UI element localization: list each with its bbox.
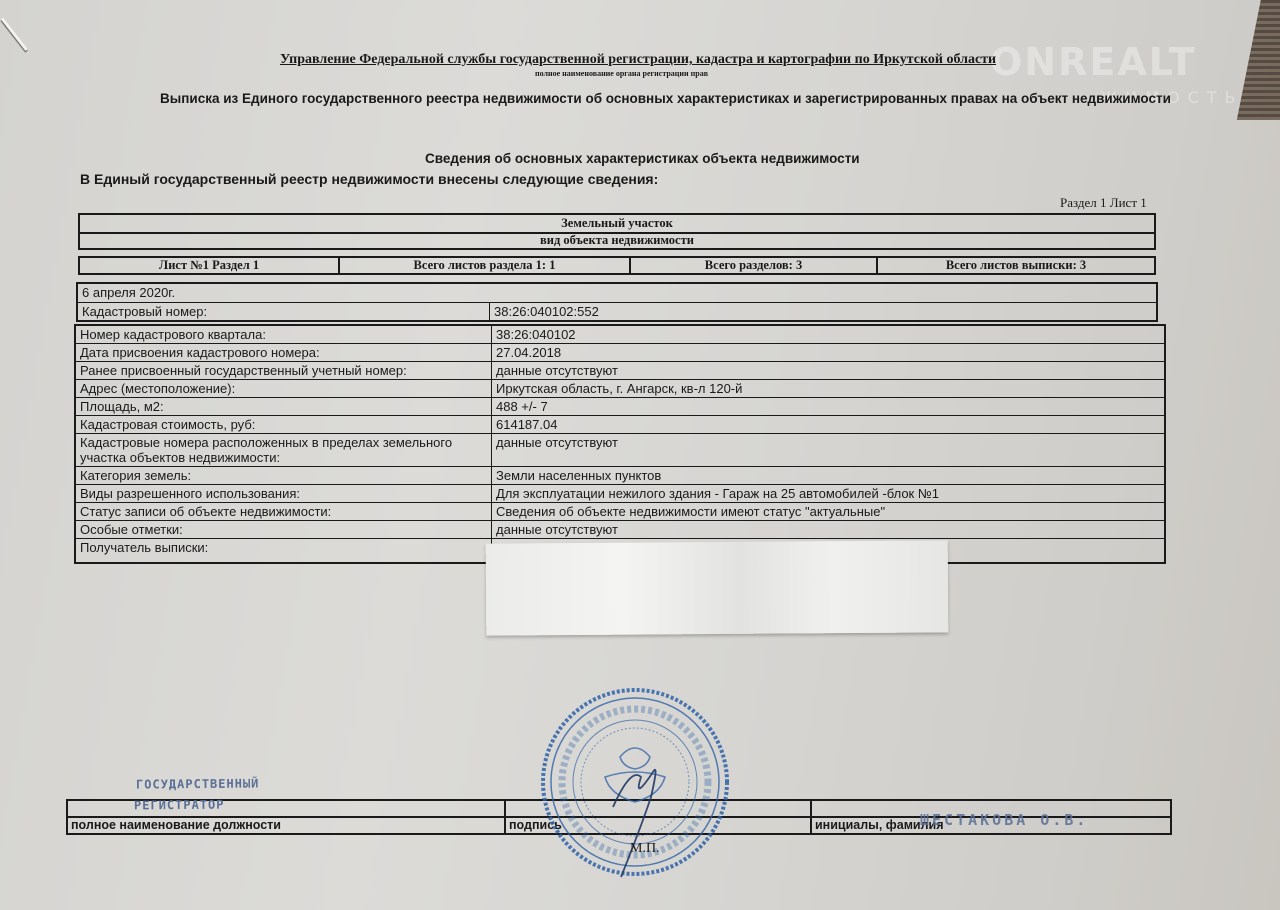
document-title: Выписка из Единого государственного реес…	[160, 91, 1171, 106]
table-row: Особые отметки:данные отсутствуют	[76, 521, 1164, 539]
cadastral-number-label: Кадастровый номер:	[78, 303, 490, 320]
field-value: Иркутская область, г. Ангарск, кв-л 120-…	[492, 380, 1164, 397]
field-value: 38:26:040102	[492, 326, 1164, 343]
stamp-registrar-name: ШЕСТАКОВА О.В.	[920, 811, 1088, 829]
stamp-role-line2: РЕГИСТРАТОР	[134, 798, 225, 813]
table-row: Кадастровые номера расположенных в преде…	[76, 434, 1164, 467]
table-row: Виды разрешенного использования:Для эксп…	[76, 485, 1164, 503]
field-label: Статус записи об объекте недвижимости:	[76, 503, 492, 520]
object-type-value: Земельный участок	[80, 215, 1154, 232]
sheets-in-section: Всего листов раздела 1: 1	[338, 258, 629, 273]
field-value: данные отсутствуют	[492, 434, 1164, 466]
sheet-number: Лист №1 Раздел 1	[80, 258, 338, 273]
watermark-brand: ONREALT	[990, 40, 1197, 84]
field-value: данные отсутствуют	[492, 362, 1164, 379]
table-row: Кадастровая стоимость, руб:614187.04	[76, 416, 1164, 434]
field-label: Площадь, м2:	[76, 398, 492, 415]
meta-box: 6 апреля 2020г. Кадастровый номер: 38:26…	[76, 282, 1158, 322]
object-type-box: Земельный участок вид объекта недвижимос…	[78, 213, 1156, 250]
authority-caption: полное наименование органа регистрации п…	[280, 69, 963, 78]
extract-date: 6 апреля 2020г.	[78, 284, 1156, 303]
intro-text: В Единый государственный реестр недвижим…	[80, 171, 658, 187]
field-label: Номер кадастрового квартала:	[76, 326, 492, 343]
field-value: Сведения об объекте недвижимости имеют с…	[492, 503, 1164, 520]
field-label: Категория земель:	[76, 467, 492, 484]
sheet-info-bar: Лист №1 Раздел 1 Всего листов раздела 1:…	[78, 256, 1156, 275]
field-value: 488 +/- 7	[492, 398, 1164, 415]
characteristics-table: Номер кадастрового квартала:38:26:040102…	[74, 324, 1166, 564]
field-label: Получатель выписки:	[76, 539, 492, 556]
table-row: Площадь, м2:488 +/- 7	[76, 398, 1164, 416]
field-label: Виды разрешенного использования:	[76, 485, 492, 502]
field-value: Для эксплуатации нежилого здания - Гараж…	[492, 485, 1164, 502]
total-sections: Всего разделов: 3	[629, 258, 876, 273]
field-value: 614187.04	[492, 416, 1164, 433]
redaction-sticker	[486, 540, 949, 635]
seal-placeholder-label: М.П.	[630, 841, 660, 857]
field-value: данные отсутствуют	[492, 521, 1164, 538]
cadastral-number-row: Кадастровый номер: 38:26:040102:552	[78, 303, 1156, 320]
table-row: Статус записи об объекте недвижимости:Св…	[76, 503, 1164, 521]
field-value: Земли населенных пунктов	[492, 467, 1164, 484]
table-row: Адрес (местоположение):Иркутская область…	[76, 380, 1164, 398]
table-row: Категория земель:Земли населенных пункто…	[76, 467, 1164, 485]
field-label: Кадастровая стоимость, руб:	[76, 416, 492, 433]
total-sheets: Всего листов выписки: 3	[876, 258, 1154, 273]
field-value: 27.04.2018	[492, 344, 1164, 361]
stamp-role-line1: ГОСУДАРСТВЕННЫЙ	[136, 776, 259, 791]
field-label: Дата присвоения кадастрового номера:	[76, 344, 492, 361]
field-label: Адрес (местоположение):	[76, 380, 492, 397]
table-row: Ранее присвоенный государственный учетны…	[76, 362, 1164, 380]
table-row: Номер кадастрового квартала:38:26:040102	[76, 326, 1164, 344]
cadastral-number-value: 38:26:040102:552	[490, 303, 1156, 320]
object-type-caption: вид объекта недвижимости	[80, 232, 1154, 249]
field-label: Кадастровые номера расположенных в преде…	[76, 434, 492, 466]
position-caption: полное наименование должности	[68, 818, 504, 833]
section-title: Сведения об основных характеристиках объ…	[425, 151, 860, 166]
field-label: Особые отметки:	[76, 521, 492, 538]
field-label: Ранее присвоенный государственный учетны…	[76, 362, 492, 379]
table-row: Дата присвоения кадастрового номера:27.0…	[76, 344, 1164, 362]
authority-name: Управление Федеральной службы государств…	[280, 52, 963, 68]
section-sheet-label: Раздел 1 Лист 1	[1060, 195, 1147, 211]
